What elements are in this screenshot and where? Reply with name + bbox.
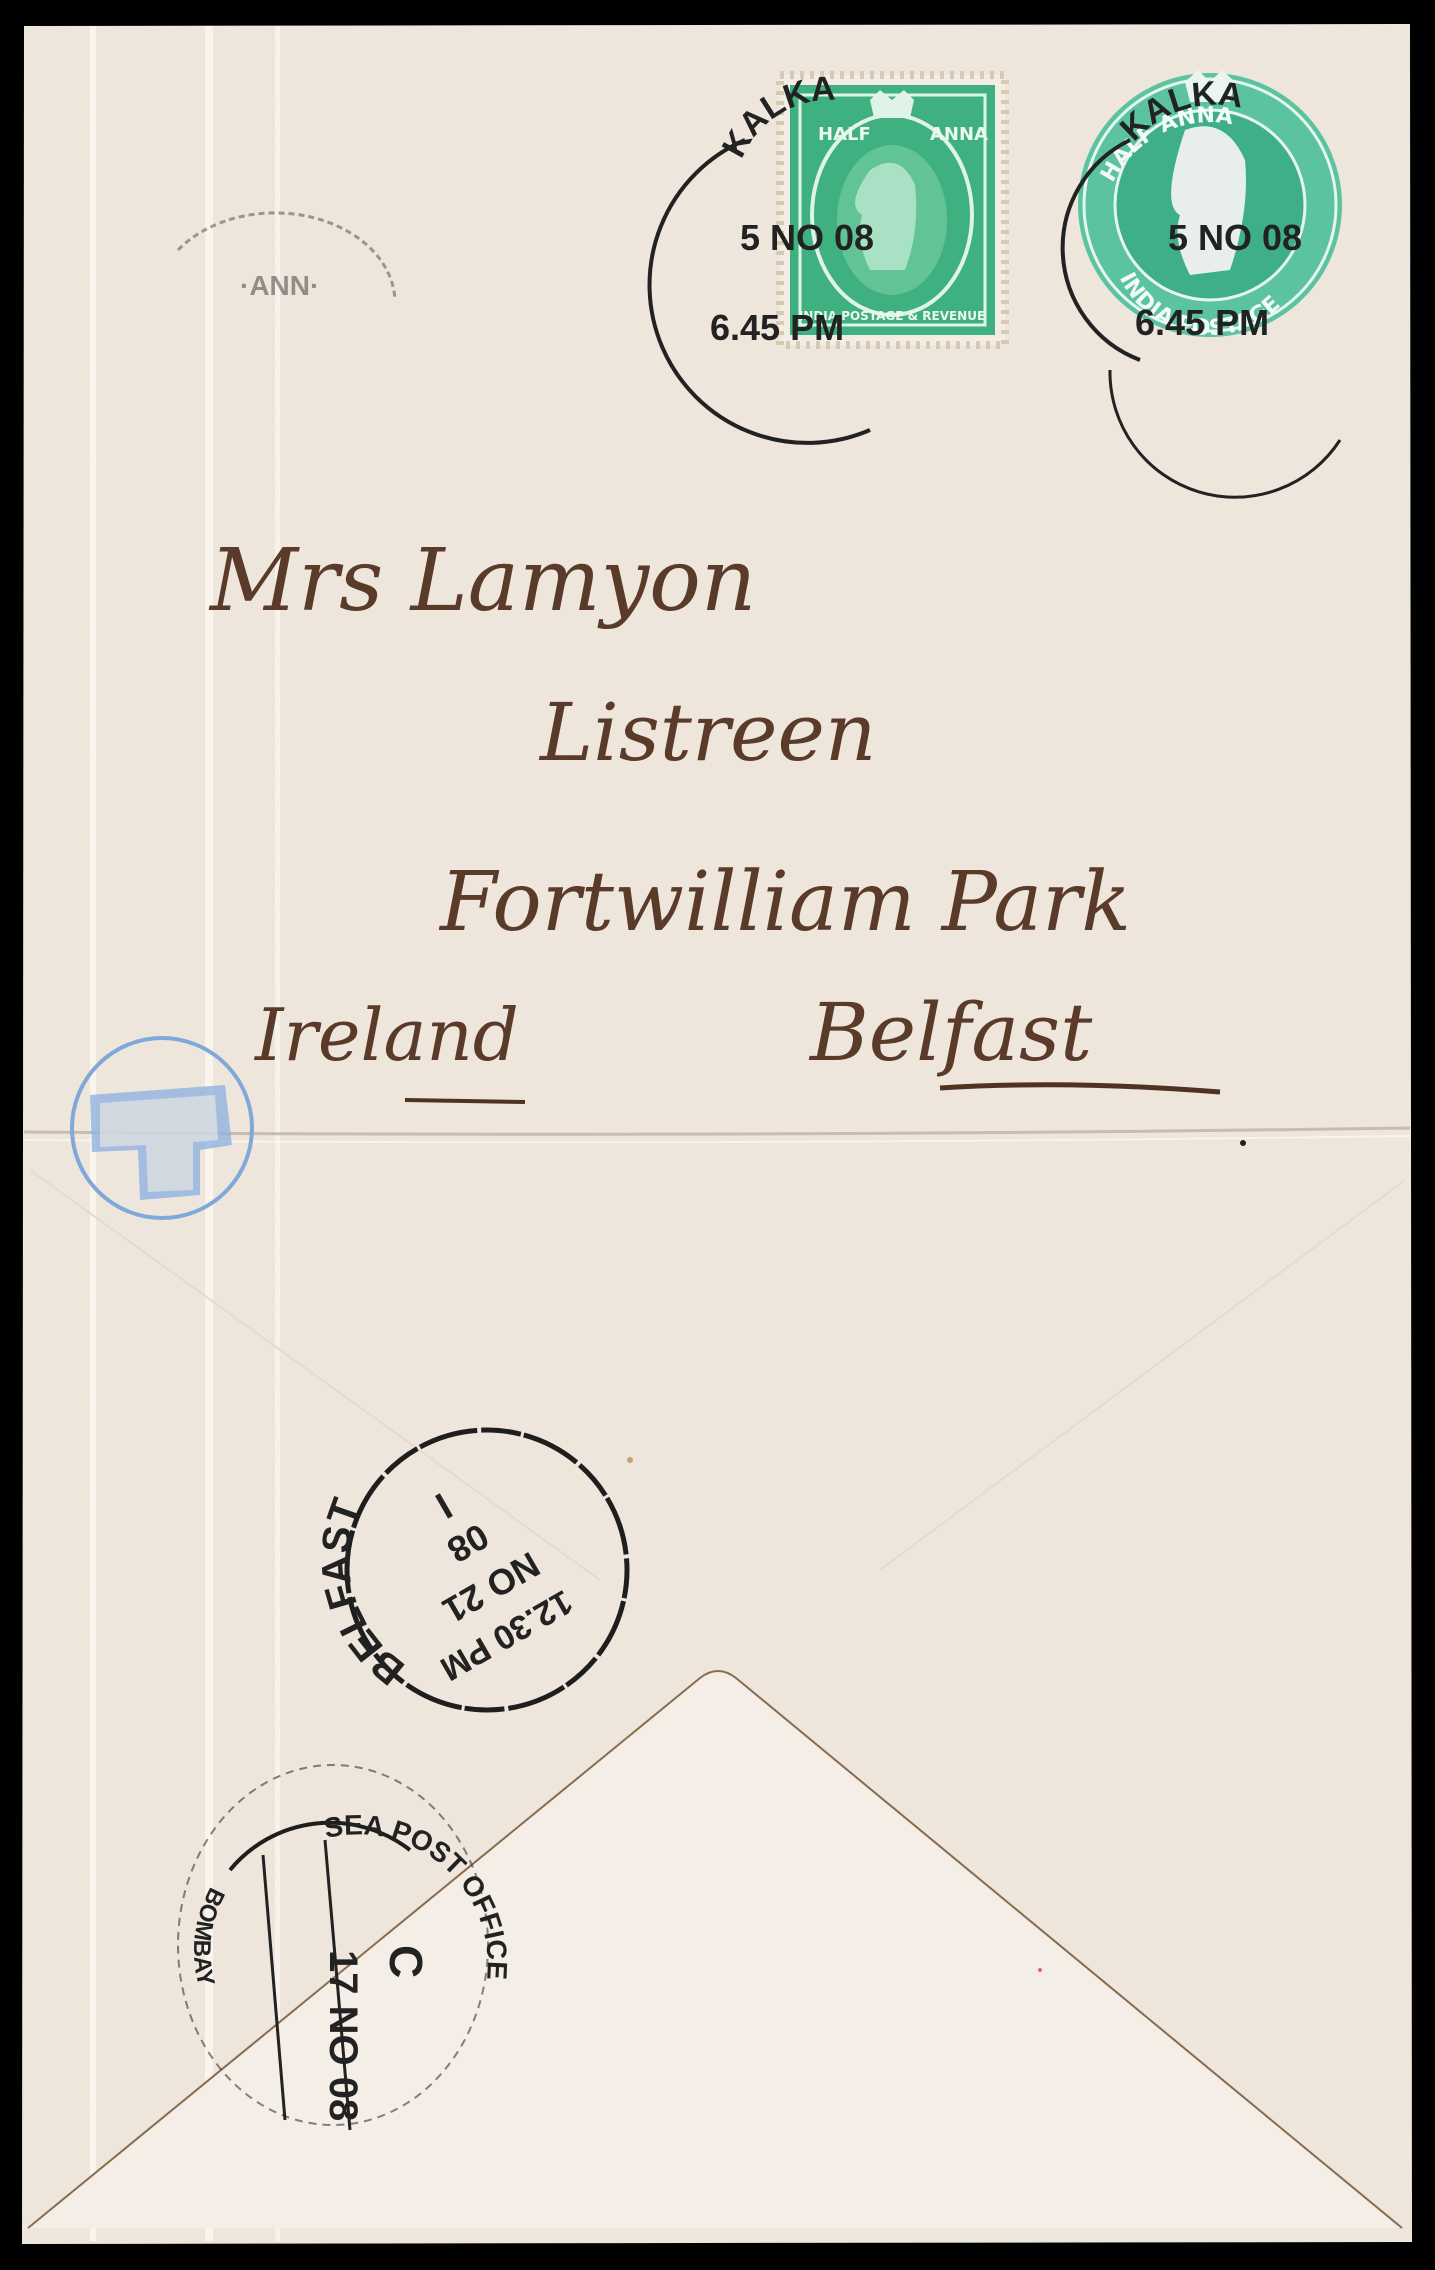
sea-post-date: 17 NO 08 [321, 1950, 365, 2121]
address-line-5: Ireland [253, 993, 519, 1077]
stamp-anna-label: ANNA [930, 124, 988, 145]
kalka-right-time: 6.45 PM [1135, 302, 1269, 343]
address-line-4: Belfast [808, 986, 1093, 1079]
envelope-photo: ·ANN· HALF ANNA INDIA POSTAGE & REVENUE … [0, 0, 1435, 2270]
address-line-2: Listreen [538, 686, 876, 779]
kalka-right-date: 5 NO 08 [1168, 217, 1302, 258]
svg-text:·ANN·: ·ANN· [240, 270, 319, 301]
ink-spot [1240, 1140, 1246, 1146]
address-line-1: Mrs Lamyon [208, 531, 756, 631]
address-line-3: Fortwilliam Park [438, 855, 1131, 950]
kalka-left-time: 6.45 PM [710, 307, 844, 348]
ink-spot [1038, 1968, 1042, 1972]
adhesive-stamp: HALF ANNA INDIA POSTAGE & REVENUE [780, 75, 1005, 345]
sea-post-code: C [380, 1945, 432, 1978]
kalka-left-date: 5 NO 08 [740, 217, 874, 258]
stamp-half-label: HALF [818, 124, 871, 145]
ink-spot [627, 1457, 633, 1463]
